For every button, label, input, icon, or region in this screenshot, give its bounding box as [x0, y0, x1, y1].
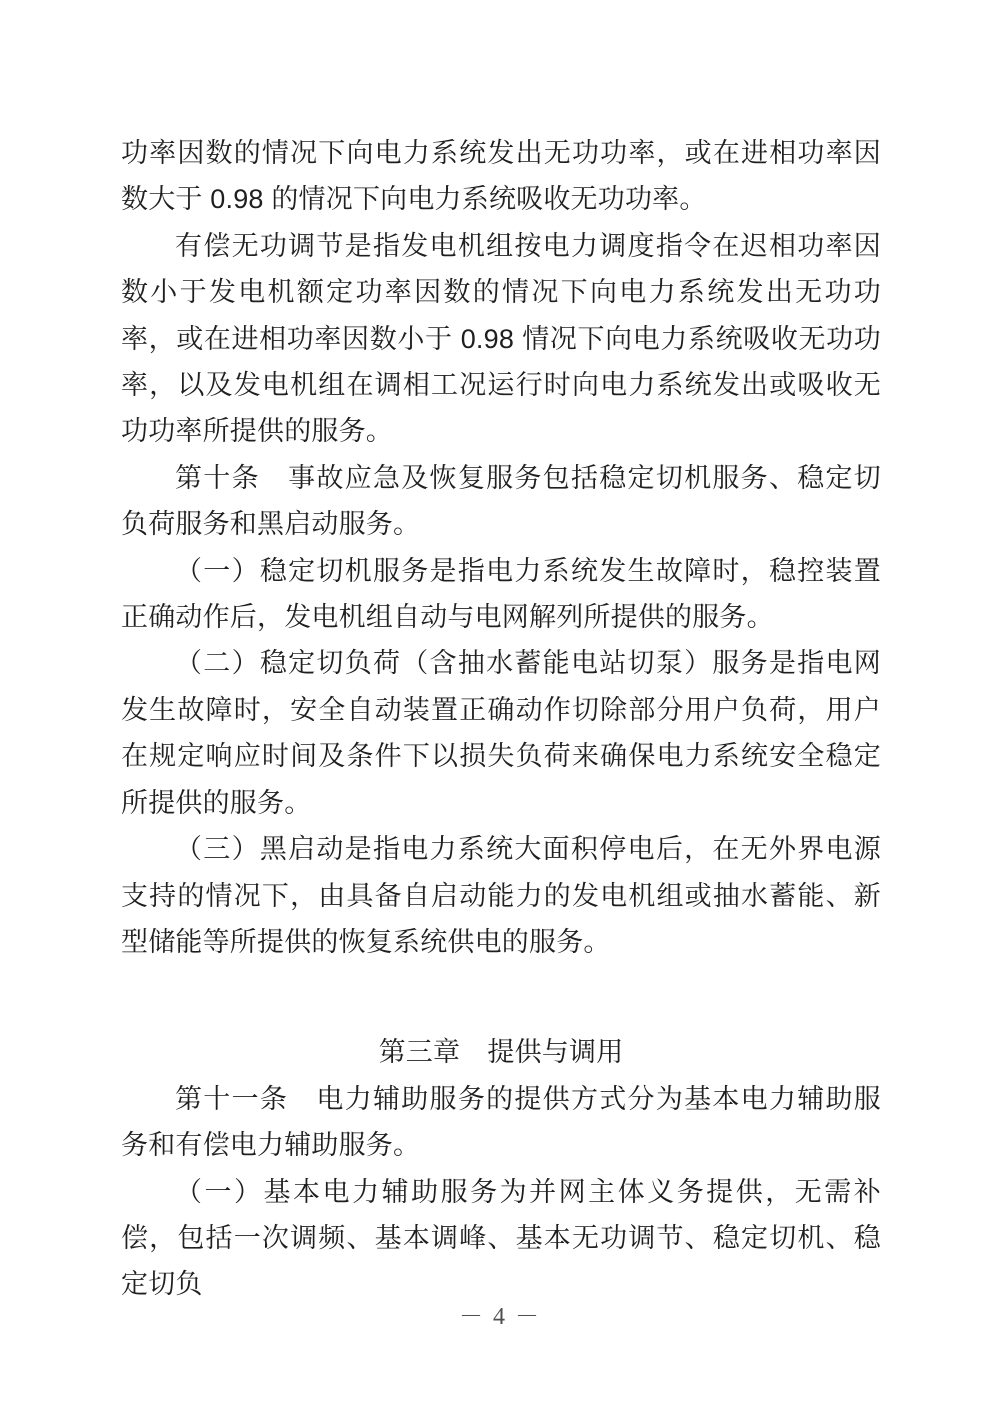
paragraph-article-10-item-3: （三）黑启动是指电力系统大面积停电后，在无外界电源支持的情况下，由具备自启动能力…: [121, 826, 881, 965]
paragraph-article-11-item-1: （一）基本电力辅助服务为并网主体义务提供，无需补偿，包括一次调频、基本调峰、基本…: [121, 1169, 881, 1308]
paragraph-article-10: 第十条 事故应急及恢复服务包括稳定切机服务、稳定切负荷服务和黑启动服务。: [121, 455, 881, 548]
document-body: 功率因数的情况下向电力系统发出无功功率，或在进相功率因数大于 0.98 的情况下…: [121, 130, 881, 1308]
paragraph-article-10-item-1: （一）稳定切机服务是指电力系统发生故障时，稳控装置正确动作后，发电机组自动与电网…: [121, 548, 881, 641]
paragraph-paid-reactive-regulation: 有偿无功调节是指发电机组按电力调度指令在迟相功率因数小于发电机额定功率因数的情况…: [121, 223, 881, 455]
page-number: － 4 －: [0, 1296, 1000, 1331]
document-page: 功率因数的情况下向电力系统发出无功功率，或在进相功率因数大于 0.98 的情况下…: [0, 0, 1000, 1414]
chapter-3-heading: 第三章 提供与调用: [121, 1029, 881, 1075]
paragraph-article-11: 第十一条 电力辅助服务的提供方式分为基本电力辅助服务和有偿电力辅助服务。: [121, 1076, 881, 1169]
paragraph-reactive-power-continuation: 功率因数的情况下向电力系统发出无功功率，或在进相功率因数大于 0.98 的情况下…: [121, 130, 881, 223]
paragraph-article-10-item-2: （二）稳定切负荷（含抽水蓄能电站切泵）服务是指电网发生故障时，安全自动装置正确动…: [121, 640, 881, 826]
